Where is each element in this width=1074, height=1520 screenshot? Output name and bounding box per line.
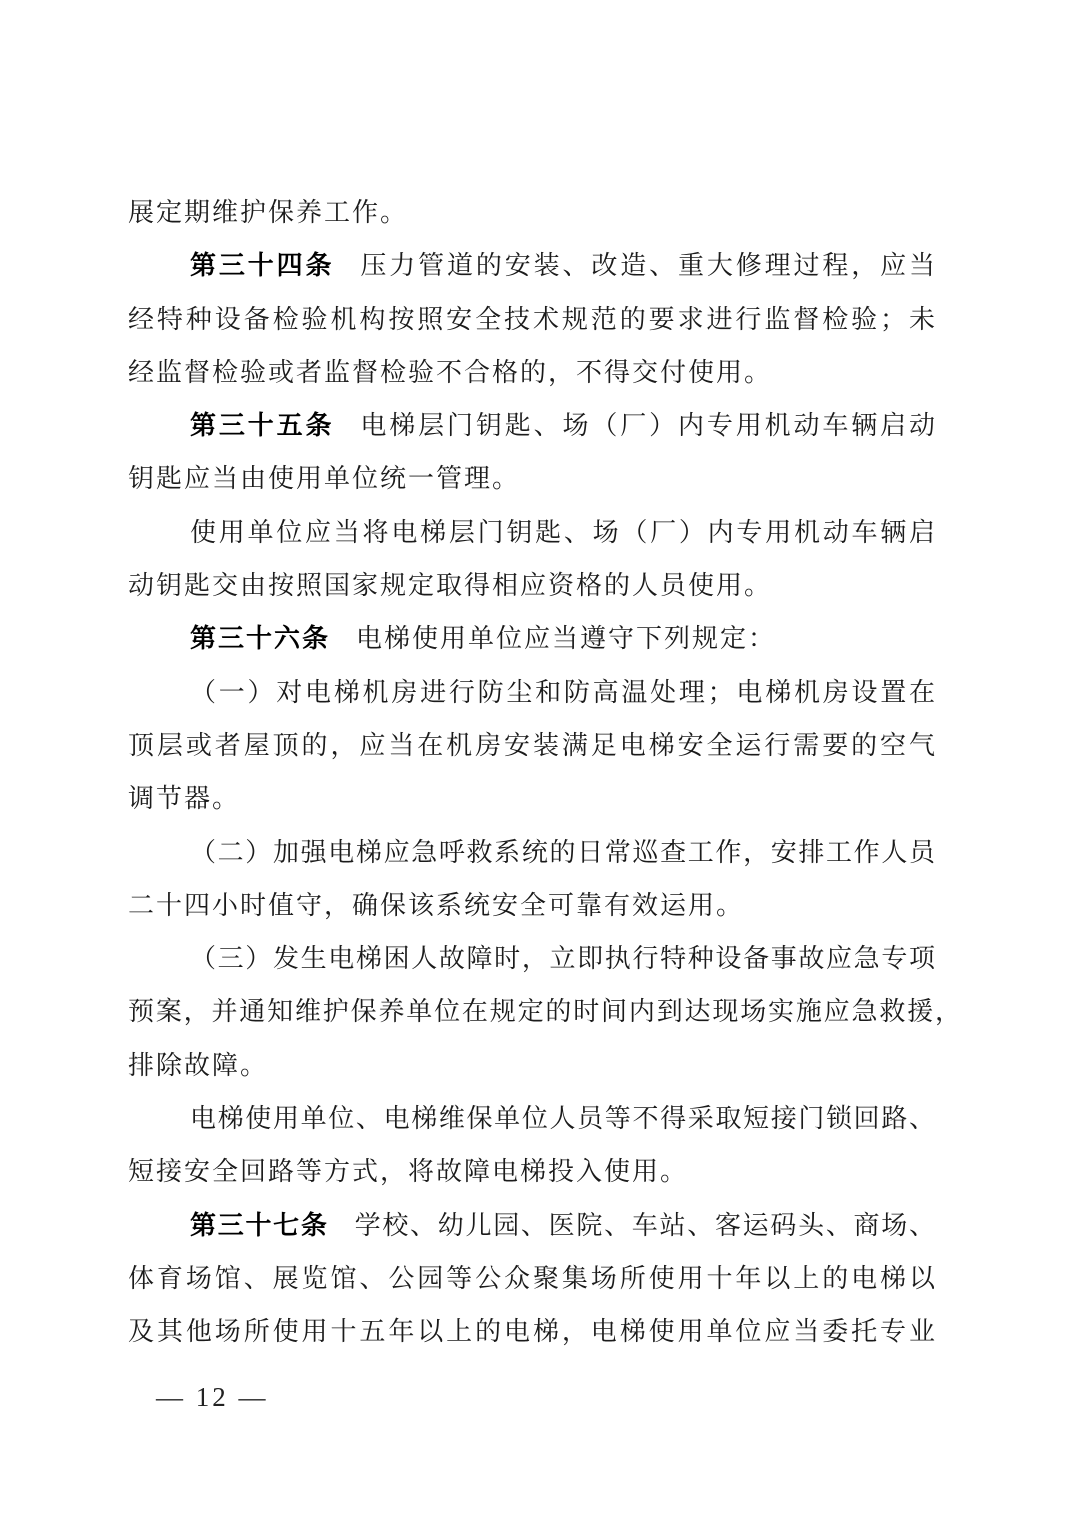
item-1-line: （一）对电梯机房进行防尘和防高温处理；电梯机房设置在: [128, 666, 935, 719]
text-line: 经特种设备检验机构按照安全技术规范的要求进行监督检验；未: [128, 293, 935, 346]
article-36-heading-line: 第三十六条电梯使用单位应当遵守下列规定：: [128, 612, 935, 665]
document-page: 展定期维护保养工作。 第三十四条压力管道的安装、改造、重大修理过程，应当 经特种…: [0, 0, 1074, 1520]
text-line: 短接安全回路等方式，将故障电梯投入使用。: [128, 1145, 935, 1198]
item-3-line: （三）发生电梯困人故障时，立即执行特种设备事故应急专项: [128, 932, 935, 985]
text-line: 动钥匙交由按照国家规定取得相应资格的人员使用。: [128, 559, 935, 612]
article-number: 第三十七条: [190, 1210, 329, 1240]
line-text: 压力管道的安装、改造、重大修理过程，应当: [360, 251, 935, 280]
document-body: 展定期维护保养工作。 第三十四条压力管道的安装、改造、重大修理过程，应当 经特种…: [128, 186, 935, 1359]
text-line: 排除故障。: [128, 1039, 935, 1092]
line-text: 电梯层门钥匙、场（厂）内专用机动车辆启动: [360, 411, 935, 440]
item-2-line: （二）加强电梯应急呼救系统的日常巡查工作，安排工作人员: [128, 826, 935, 879]
article-37-heading-line: 第三十七条学校、幼儿园、医院、车站、客运码头、商场、: [128, 1199, 935, 1252]
text-line: 体育场馆、展览馆、公园等公众聚集场所使用十年以上的电梯以: [128, 1252, 935, 1305]
text-line: 使用单位应当将电梯层门钥匙、场（厂）内专用机动车辆启: [128, 506, 935, 559]
text-line: 二十四小时值守，确保该系统安全可靠有效运用。: [128, 879, 935, 932]
text-line: 钥匙应当由使用单位统一管理。: [128, 452, 935, 505]
article-35-heading-line: 第三十五条电梯层门钥匙、场（厂）内专用机动车辆启动: [128, 399, 935, 452]
article-number: 第三十五条: [190, 410, 334, 440]
article-34-heading-line: 第三十四条压力管道的安装、改造、重大修理过程，应当: [128, 239, 935, 292]
text-line: 顶层或者屋顶的，应当在机房安装满足电梯安全运行需要的空气: [128, 719, 935, 772]
article-number: 第三十六条: [190, 623, 330, 653]
text-line: 调节器。: [128, 772, 935, 825]
article-number: 第三十四条: [190, 250, 334, 280]
text-line: 预案，并通知维护保养单位在规定的时间内到达现场实施应急救援，: [128, 985, 961, 1038]
text-line: 经监督检验或者监督检验不合格的，不得交付使用。: [128, 346, 935, 399]
text-line: 电梯使用单位、电梯维保单位人员等不得采取短接门锁回路、: [128, 1092, 935, 1145]
line-text: 学校、幼儿园、医院、车站、客运码头、商场、: [355, 1211, 935, 1240]
text-line: 展定期维护保养工作。: [128, 186, 935, 239]
line-text: 电梯使用单位应当遵守下列规定：: [356, 624, 776, 653]
page-number-footer: — 12 —: [156, 1381, 269, 1413]
text-line: 及其他场所使用十五年以上的电梯，电梯使用单位应当委托专业: [128, 1305, 935, 1358]
